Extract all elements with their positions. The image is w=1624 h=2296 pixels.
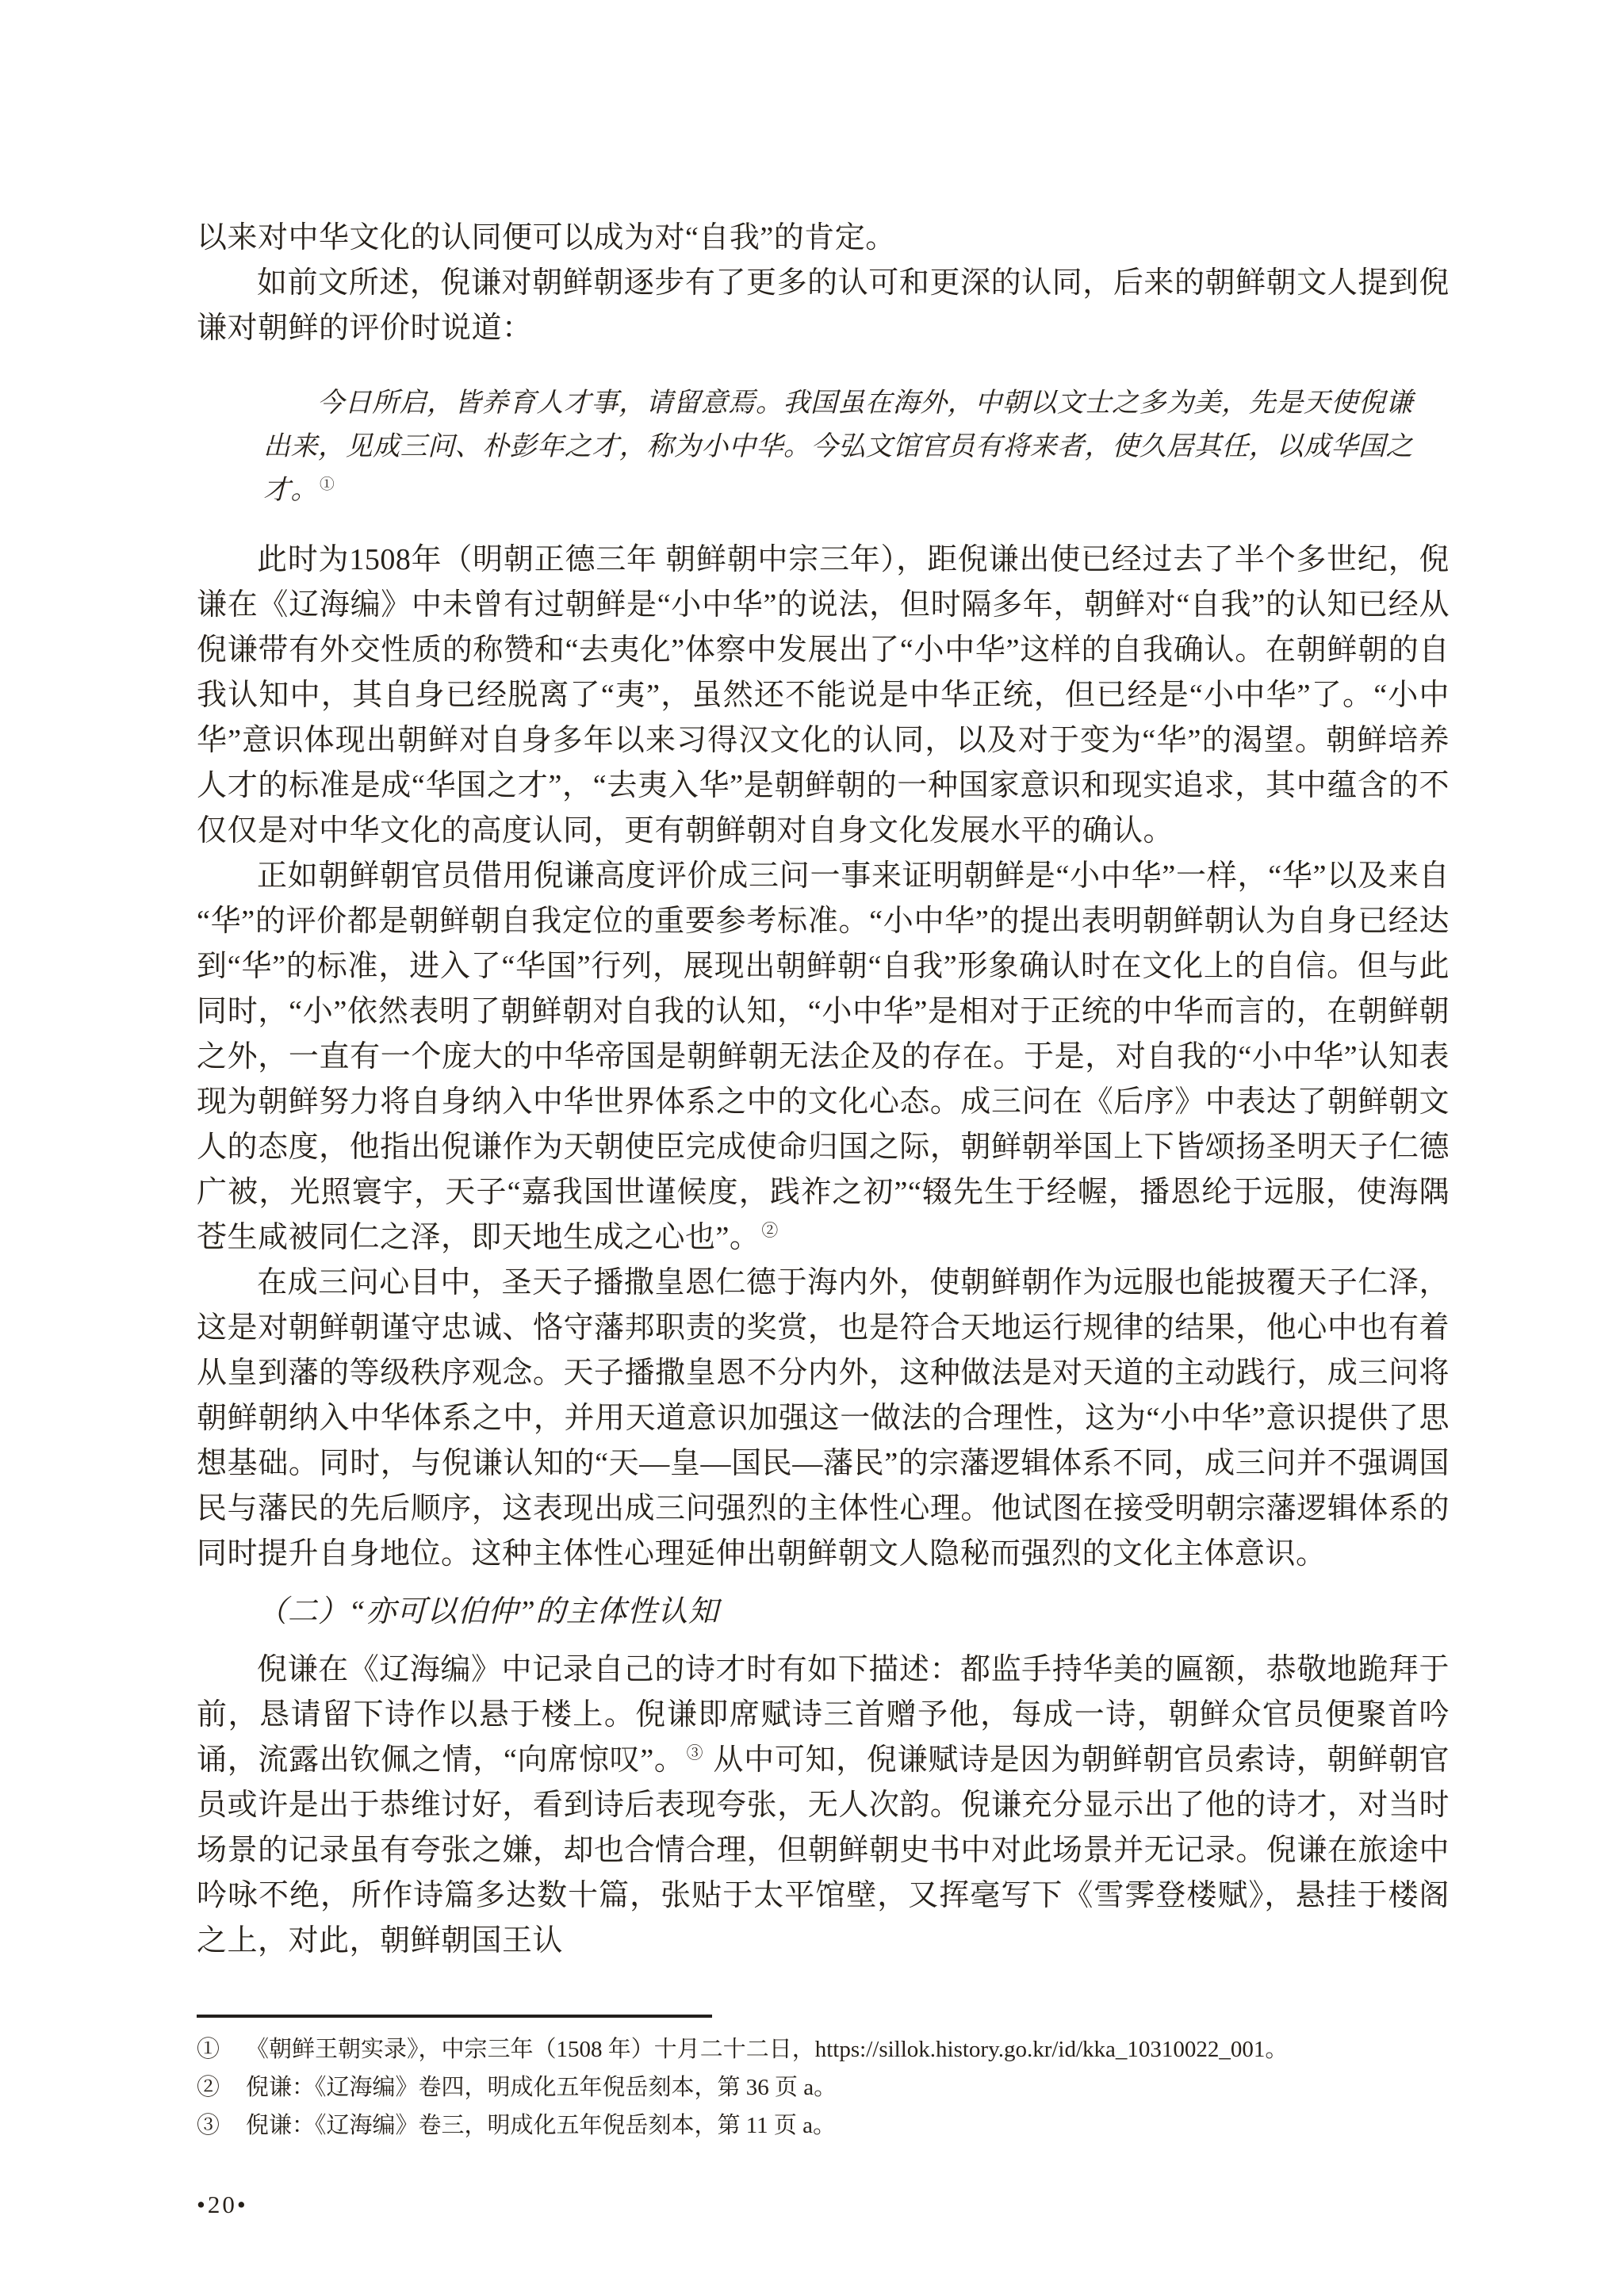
footnote-item: ①《朝鲜王朝实录》，中宗三年（1508 年）十月二十二日，https://sil… <box>197 2030 1450 2068</box>
paragraph: 倪谦在《辽海编》中记录自己的诗才时有如下描述：都监手持华美的匾额，恭敬地跪拜于前… <box>197 1647 1450 1964</box>
paragraph: 如前文所述，倪谦对朝鲜朝逐步有了更多的认可和更深的认同，后来的朝鲜朝文人提到倪谦… <box>197 261 1450 351</box>
footnotes: ①《朝鲜王朝实录》，中宗三年（1508 年）十月二十二日，https://sil… <box>197 2030 1450 2145</box>
footnote-marker: ① <box>197 2030 246 2068</box>
page-number: •20• <box>197 2191 1450 2219</box>
document-page: 以来对中华文化的认同便可以成为对“自我”的肯定。如前文所述，倪谦对朝鲜朝逐步有了… <box>0 0 1624 2296</box>
document-body: 以来对中华文化的认同便可以成为对“自我”的肯定。如前文所述，倪谦对朝鲜朝逐步有了… <box>197 216 1450 1964</box>
footnote-separator <box>197 2015 712 2018</box>
footnote-marker: ② <box>197 2068 246 2107</box>
footnote-marker: ③ <box>197 2107 246 2145</box>
paragraph: 在成三问心目中，圣天子播撒皇恩仁德于海内外，使朝鲜朝作为远服也能披覆天子仁泽，这… <box>197 1261 1450 1577</box>
footnote-ref: ② <box>760 1221 779 1240</box>
section-heading: （二）“亦可以伯仲”的主体性认知 <box>197 1590 1450 1635</box>
quote-block: 今日所启，皆养育人才事，请留意焉。我国虽在海外，中朝以文士之多为美，先是天使倪谦… <box>263 381 1413 512</box>
footnote-item: ③倪谦：《辽海编》卷三，明成化五年倪岳刻本，第 11 页 a。 <box>197 2107 1450 2145</box>
paragraph: 正如朝鲜朝官员借用倪谦高度评价成三问一事来证明朝鲜是“小中华”一样，“华”以及来… <box>197 854 1450 1261</box>
footnote-ref: ③ <box>685 1743 706 1762</box>
footnote-text: 倪谦：《辽海编》卷三，明成化五年倪岳刻本，第 11 页 a。 <box>246 2107 1450 2145</box>
footnote-item: ②倪谦：《辽海编》卷四，明成化五年倪岳刻本，第 36 页 a。 <box>197 2068 1450 2107</box>
paragraph: 此时为1508年（明朝正德三年 朝鲜朝中宗三年），距倪谦出使已经过去了半个多世纪… <box>197 538 1450 854</box>
paragraph: 以来对中华文化的认同便可以成为对“自我”的肯定。 <box>197 216 1450 261</box>
footnote-text: 《朝鲜王朝实录》，中宗三年（1508 年）十月二十二日，https://sill… <box>246 2030 1450 2068</box>
footnote-ref: ① <box>318 476 336 493</box>
footnote-text: 倪谦：《辽海编》卷四，明成化五年倪岳刻本，第 36 页 a。 <box>246 2068 1450 2107</box>
